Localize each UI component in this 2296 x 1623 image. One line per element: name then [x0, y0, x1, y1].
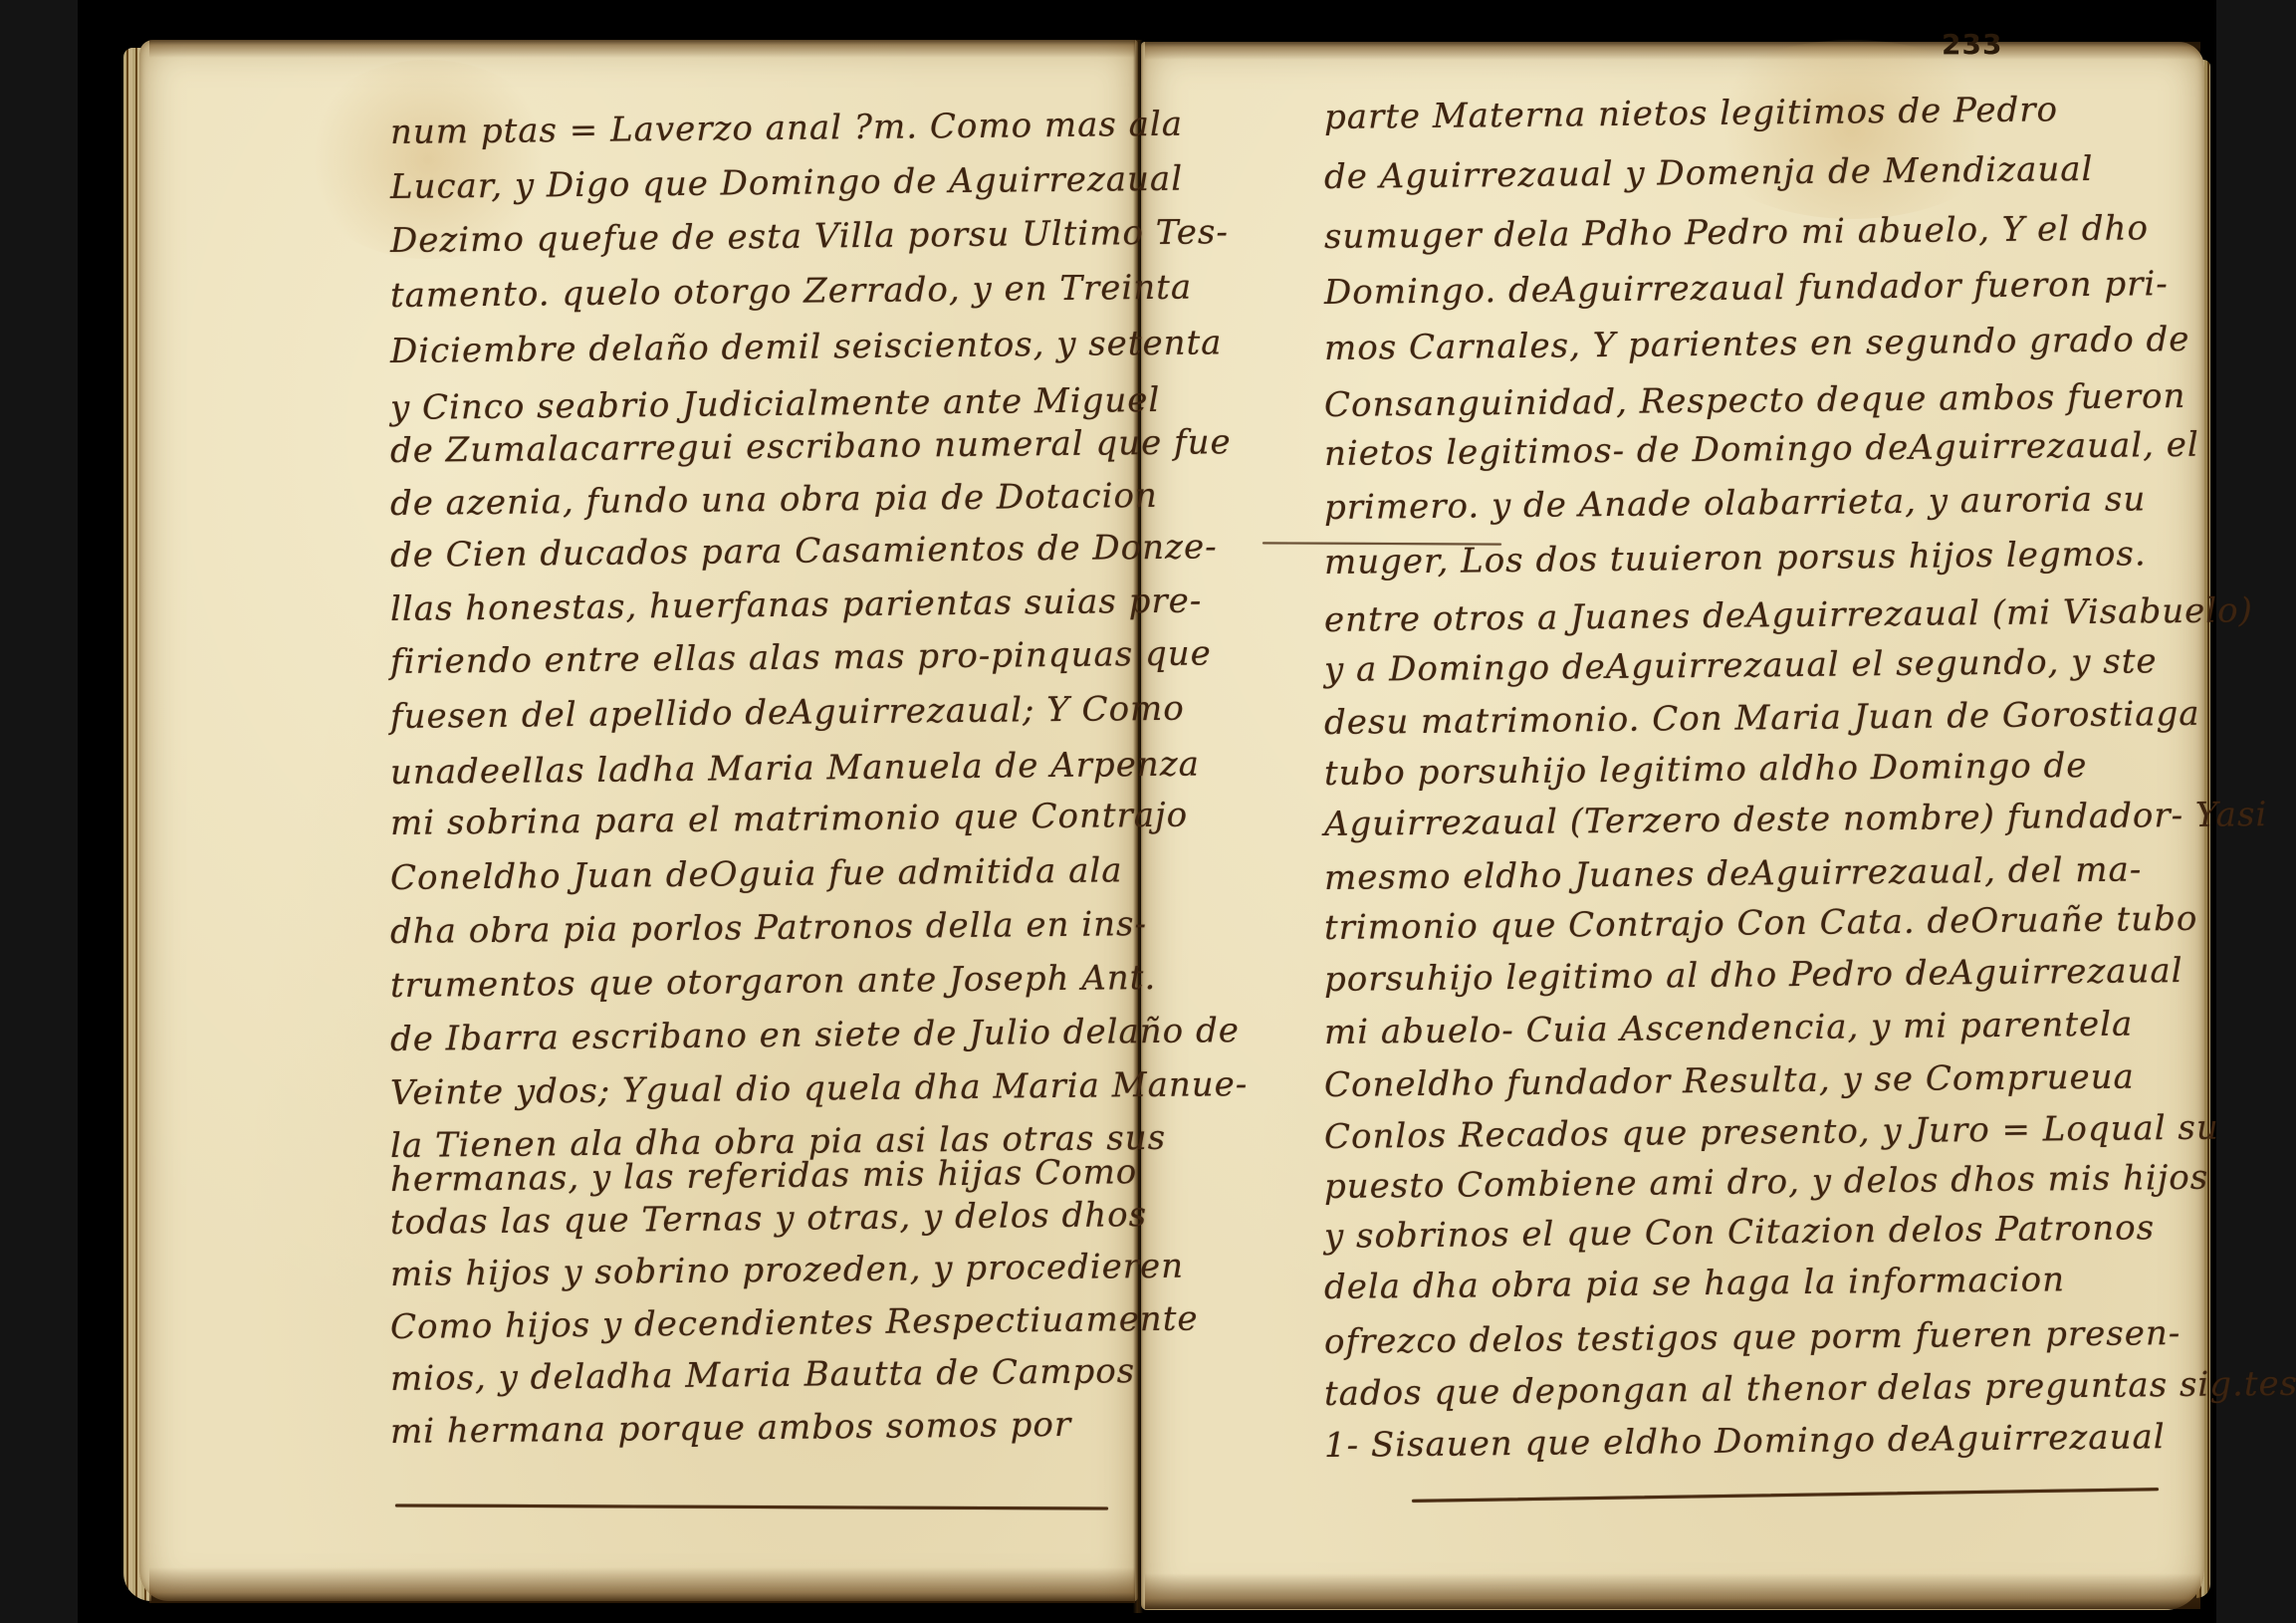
- text-line: y Cinco seabrio Judicialmente ante Migue…: [390, 380, 1161, 428]
- text-line: de Aguirrezaual y Domenja de Mendizaual: [1324, 149, 2094, 197]
- text-line: mios, y deladha Maria Bautta de Campos: [390, 1351, 1136, 1399]
- text-line: mi hermana porque ambos somos por: [390, 1405, 1072, 1452]
- text-line: mis hijos y sobrino prozeden, y procedie…: [390, 1247, 1184, 1294]
- text-line: dela dha obra pia se haga la informacion: [1324, 1260, 2065, 1307]
- text-line: num ptas = Laverzo anal ?m. Como mas ala: [390, 105, 1183, 152]
- text-line: mi abuelo- Cuia Ascendencia, y mi parent…: [1324, 1004, 2134, 1052]
- text-line: Coneldho Juan deOguia fue admitida ala: [390, 850, 1123, 898]
- text-line: Como hijos y decendientes Respectiuament…: [390, 1299, 1199, 1347]
- text-line: de azenia, fundo una obra pia de Dotacio…: [390, 476, 1158, 524]
- top-edge-stain-right: [1145, 42, 2200, 60]
- text-line: hermanas, y las referidas mis hijas Como: [390, 1152, 1138, 1200]
- bottom-edge-stain-right: [1145, 1573, 2200, 1609]
- text-line: llas honestas, huerfanas parientas suias…: [390, 580, 1203, 629]
- text-line: unadeellas ladha Maria Manuela de Arpenz…: [390, 744, 1200, 793]
- top-edge-stain-left: [149, 40, 1135, 58]
- outer-background-left: [0, 0, 78, 1623]
- text-line: tamento. quelo otorgo Zerrado, y en Trei…: [390, 268, 1193, 316]
- page-number: 233: [1942, 28, 2002, 61]
- text-line: trumentos que otorgaron ante Joseph Ant.: [390, 958, 1157, 1006]
- text-line: Lucar, y Digo que Domingo de Aguirrezaua…: [390, 159, 1184, 207]
- text-line: tubo porsuhijo legitimo aldho Domingo de: [1324, 746, 2088, 794]
- text-line: dha obra pia porlos Patronos della en in…: [390, 904, 1147, 952]
- bottom-edge-stain-left: [149, 1567, 1135, 1603]
- text-line: parte Materna nietos legitimos de Pedro: [1324, 90, 2058, 137]
- text-line: Coneldho fundador Resulta, y se Comprueu…: [1324, 1056, 2135, 1105]
- text-line: mi sobrina para el matrimonio que Contra…: [390, 796, 1188, 843]
- text-line: todas las que Ternas y otras, y delos dh…: [390, 1195, 1147, 1243]
- text-line: fuesen del apellido deAguirrezaual; Y Co…: [390, 689, 1185, 737]
